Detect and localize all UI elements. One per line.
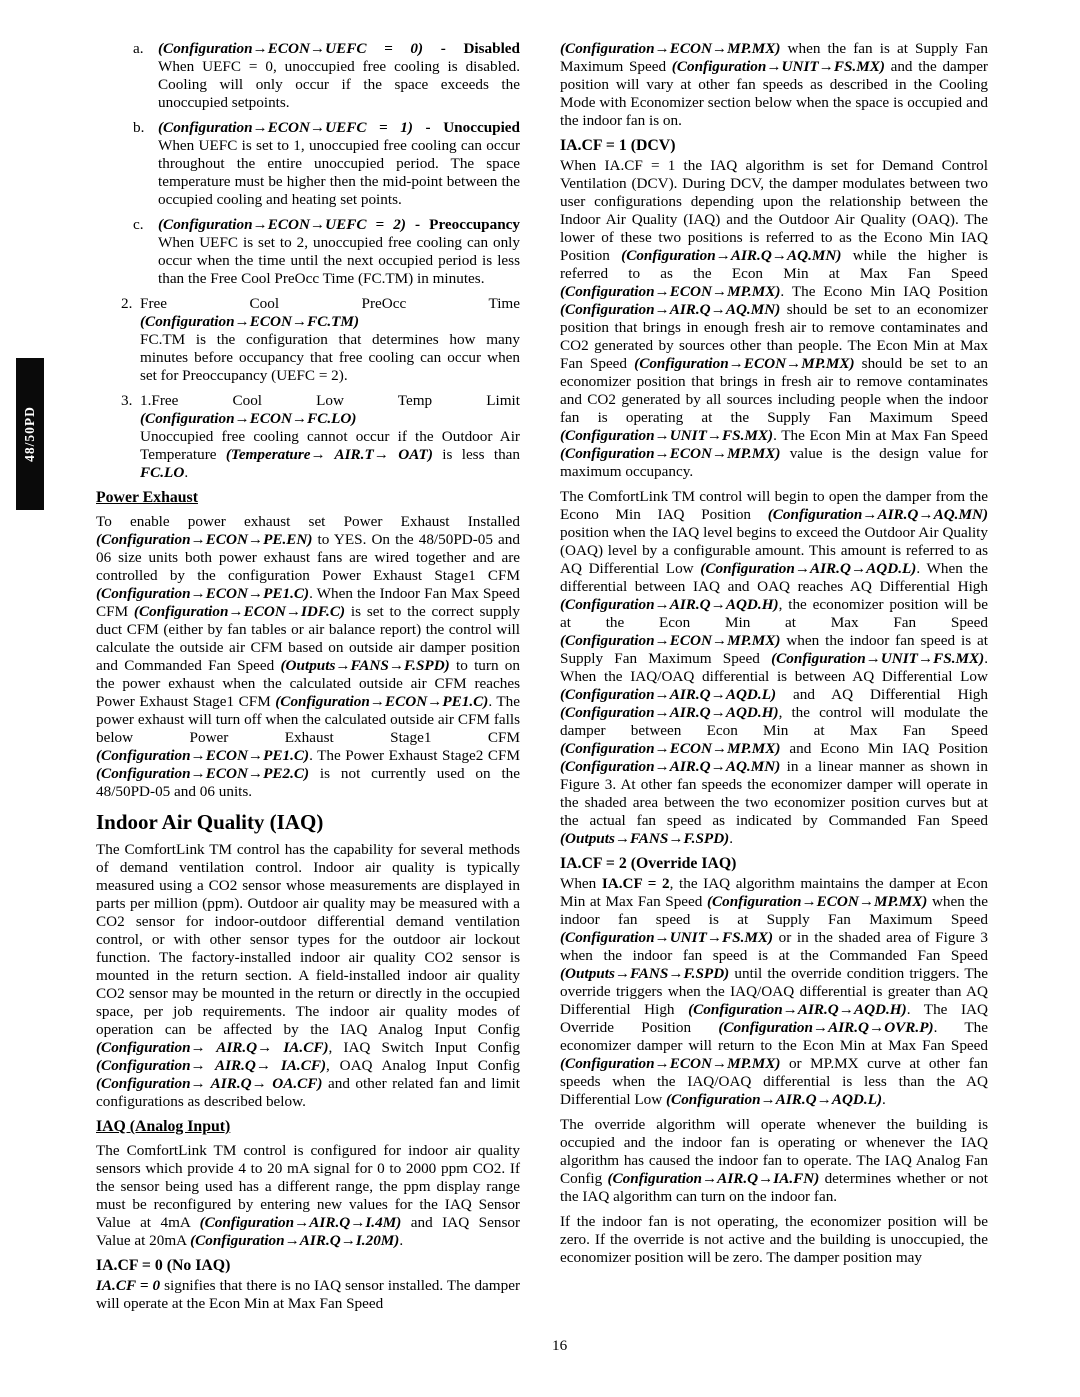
subsection-heading: IAQ (Analog Input) [96, 1118, 520, 1136]
text-run: - Disabled [423, 40, 520, 57]
text-run: If the indoor fan is not operating, the … [560, 1213, 988, 1266]
text-run: The ComfortLink TM control has the capab… [96, 841, 520, 1038]
paragraph: The ComfortLink TM control will begin to… [560, 488, 988, 848]
text-run: (Configuration→AIR.Q→AQ.MN) [621, 247, 841, 264]
text-run: (Configuration→AIR.Q→AQD.H) [560, 704, 779, 721]
text-run: is less than [433, 446, 520, 463]
text-run: (Configuration→ECON→MP.MX) [560, 283, 780, 300]
text-run: . [882, 1091, 886, 1108]
left-column: a.(Configuration→ECON→UEFC = 0) - Disabl… [96, 40, 520, 1320]
paragraph: The ComfortLink TM control has the capab… [96, 841, 520, 1111]
text-run: (Configuration→ECON→MP.MX) [634, 355, 854, 372]
paragraph: IA.CF = 0 signifies that there is no IAQ… [96, 1277, 520, 1313]
text-run: FC.LO [140, 464, 184, 481]
right-column: (Configuration→ECON→MP.MX) when the fan … [560, 40, 988, 1320]
list-item-text: (Configuration→ECON→FC.TM) [140, 313, 520, 331]
text-run: - Unoccupied [413, 119, 520, 136]
text-run: (Configuration→ECON→PE1.C) [96, 585, 309, 602]
text-run: (Configuration→ECON→PE1.C) [96, 747, 309, 764]
section-title: Indoor Air Quality (IAQ) [96, 810, 520, 835]
text-run: (Configuration→ECON→PE1.C) [275, 693, 488, 710]
list-item: a.(Configuration→ECON→UEFC = 0) - Disabl… [96, 40, 520, 112]
text-run: - Preoccupancy [406, 216, 520, 233]
list-item-text: Free Cool PreOcc Time [140, 295, 520, 313]
text-run: (Temperature→ AIR.T→ OAT) [226, 446, 433, 463]
list-item-text: FC.TM is the configuration that determin… [140, 331, 520, 385]
text-run: (Configuration→ECON→UEFC = 0) [158, 40, 423, 57]
text-run: , IAQ Switch Input Config [329, 1039, 520, 1056]
paragraph: (Configuration→ECON→MP.MX) when the fan … [560, 40, 988, 130]
text-run: (Configuration→AIR.Q→AQD.H) [688, 1001, 907, 1018]
text-run: (Outputs→FANS→F.SPD) [281, 657, 450, 674]
text-run: When UEFC is set to 2, unoccupied free c… [158, 234, 520, 287]
text-run: and Econo Min IAQ Position [780, 740, 988, 757]
text-run: (Configuration→AIR.Q→AQD.L) [560, 686, 776, 703]
text-run: IA.CF = 0 [96, 1277, 160, 1294]
text-run: When UEFC is set to 1, unoccupied free c… [158, 137, 520, 208]
text-run: (Configuration→ AIR.Q→ OA.CF) [96, 1075, 323, 1092]
list-item-text: Unoccupied free cooling cannot occur if … [140, 428, 520, 482]
list-marker: b. [133, 119, 144, 137]
text-run: When UEFC = 0, unoccupied free cooling i… [158, 58, 520, 111]
text-run: (Configuration→AIR.Q→AQD.L) [700, 560, 916, 577]
text-run: (Configuration→ECON→PE2.C) [96, 765, 309, 782]
text-run: (Configuration→ECON→MP.MX) [560, 632, 780, 649]
text-run: (Configuration→ECON→UEFC = 2) [158, 216, 406, 233]
text-run: (Configuration→AIR.Q→AQ.MN) [560, 301, 780, 318]
text-run: (Configuration→ECON→PE.EN) [96, 531, 312, 548]
list-item-text: (Configuration→ECON→FC.LO) [140, 410, 520, 428]
paragraph: If the indoor fan is not operating, the … [560, 1213, 988, 1267]
subsection-heading: Power Exhaust [96, 489, 520, 507]
text-run: (Configuration→ECON→FC.TM) [140, 313, 359, 330]
text-run: . [184, 464, 188, 481]
text-run: (Configuration→ECON→MP.MX) [560, 1055, 780, 1072]
text-run: (Configuration→UNIT→FS.MX) [560, 427, 773, 444]
list-marker: 3. [121, 392, 132, 410]
text-run: signifies that there is no IAQ sensor in… [96, 1277, 520, 1312]
text-run: (Configuration→ECON→MP.MX) [560, 445, 780, 462]
list-item-text: When UEFC is set to 2, unoccupied free c… [158, 234, 520, 288]
text-run: (Configuration→UNIT→FS.MX) [672, 58, 885, 75]
side-tab: 48/50PD [16, 358, 44, 510]
text-run: IA.CF = 2 [602, 875, 670, 892]
text-run: (Outputs→FANS→F.SPD) [560, 965, 729, 982]
paragraph: The override algorithm will operate when… [560, 1116, 988, 1206]
text-run: (Configuration→AIR.Q→AQD.L) [666, 1091, 882, 1108]
text-run: (Configuration→UNIT→FS.MX) [560, 929, 773, 946]
list-item: c.(Configuration→ECON→UEFC = 2) - Preocc… [96, 216, 520, 288]
text-run: To enable power exhaust set Power Exhaus… [96, 513, 520, 530]
text-run: (Configuration→ AIR.Q→ IA.CF) [96, 1057, 326, 1074]
list-marker: c. [133, 216, 144, 234]
text-run: (Configuration→AIR.Q→AQ.MN) [768, 506, 988, 523]
text-run: . [729, 830, 733, 847]
side-tab-label: 48/50PD [22, 406, 38, 462]
list-item-text: (Configuration→ECON→UEFC = 1) - Unoccupi… [158, 119, 520, 137]
text-run: . The Econ Min at Max Fan Speed [773, 427, 988, 444]
list-item-text: (Configuration→ECON→UEFC = 0) - Disabled [158, 40, 520, 58]
paragraph: When IA.CF = 1 the IAQ algorithm is set … [560, 157, 988, 481]
page-content: a.(Configuration→ECON→UEFC = 0) - Disabl… [96, 40, 988, 1320]
text-run: (Configuration→AIR.Q→AQ.MN) [560, 758, 780, 775]
text-run: (Configuration→ECON→MP.MX) [707, 893, 927, 910]
page-number: 16 [552, 1337, 567, 1355]
list-item: b.(Configuration→ECON→UEFC = 1) - Unoccu… [96, 119, 520, 209]
list-marker: 2. [121, 295, 132, 313]
list-item-text: 1.Free Cool Low Temp Limit [140, 392, 520, 410]
text-run: . The Power Exhaust Stage2 CFM [309, 747, 520, 764]
text-run: Free Cool PreOcc Time [140, 295, 520, 312]
text-run: (Configuration→AIR.Q→I.20M) [190, 1232, 399, 1249]
sub-heading: IA.CF = 0 (No IAQ) [96, 1257, 520, 1275]
list-item-text: (Configuration→ECON→UEFC = 2) - Preoccup… [158, 216, 520, 234]
list-item: 3.1.Free Cool Low Temp Limit(Configurati… [96, 392, 520, 482]
text-run: (Configuration→AIR.Q→I.4M) [200, 1214, 402, 1231]
paragraph: When IA.CF = 2, the IAQ algorithm mainta… [560, 875, 988, 1109]
text-run: (Outputs→FANS→F.SPD) [560, 830, 729, 847]
text-run: (Configuration→ECON→IDF.C) [134, 603, 345, 620]
text-run: , OAQ Analog Input Config [326, 1057, 520, 1074]
text-run: When [560, 875, 602, 892]
text-run: (Configuration→UNIT→FS.MX) [771, 650, 984, 667]
list-item: 2.Free Cool PreOcc Time(Configuration→EC… [96, 295, 520, 385]
text-run: (Configuration→AIR.Q→AQD.H) [560, 596, 779, 613]
document-page: 48/50PD a.(Configuration→ECON→UEFC = 0) … [0, 0, 1080, 1397]
sub-heading: IA.CF = 2 (Override IAQ) [560, 855, 988, 873]
sub-heading: IA.CF = 1 (DCV) [560, 137, 988, 155]
paragraph: The ComfortLink TM control is configured… [96, 1142, 520, 1250]
text-run: (Configuration→ECON→MP.MX) [560, 740, 780, 757]
list-item-text: When UEFC is set to 1, unoccupied free c… [158, 137, 520, 209]
text-run: (Configuration→AIR.Q→OVR.P) [718, 1019, 933, 1036]
list-item-text: When UEFC = 0, unoccupied free cooling i… [158, 58, 520, 112]
text-run: (Configuration→ECON→MP.MX) [560, 40, 780, 57]
text-run: (Configuration→ AIR.Q→ IA.CF) [96, 1039, 329, 1056]
text-run: (Configuration→AIR.Q→IA.FN) [607, 1170, 819, 1187]
text-run: FC.TM is the configuration that determin… [140, 331, 520, 384]
text-run: . The Econo Min IAQ Position [780, 283, 988, 300]
text-run: (Configuration→ECON→FC.LO) [140, 410, 356, 427]
text-run: and AQ Differential High [776, 686, 988, 703]
text-run: . [399, 1232, 403, 1249]
paragraph: To enable power exhaust set Power Exhaus… [96, 513, 520, 801]
list-marker: a. [133, 40, 144, 58]
text-run: 1.Free Cool Low Temp Limit [140, 392, 520, 409]
text-run: (Configuration→ECON→UEFC = 1) [158, 119, 413, 136]
